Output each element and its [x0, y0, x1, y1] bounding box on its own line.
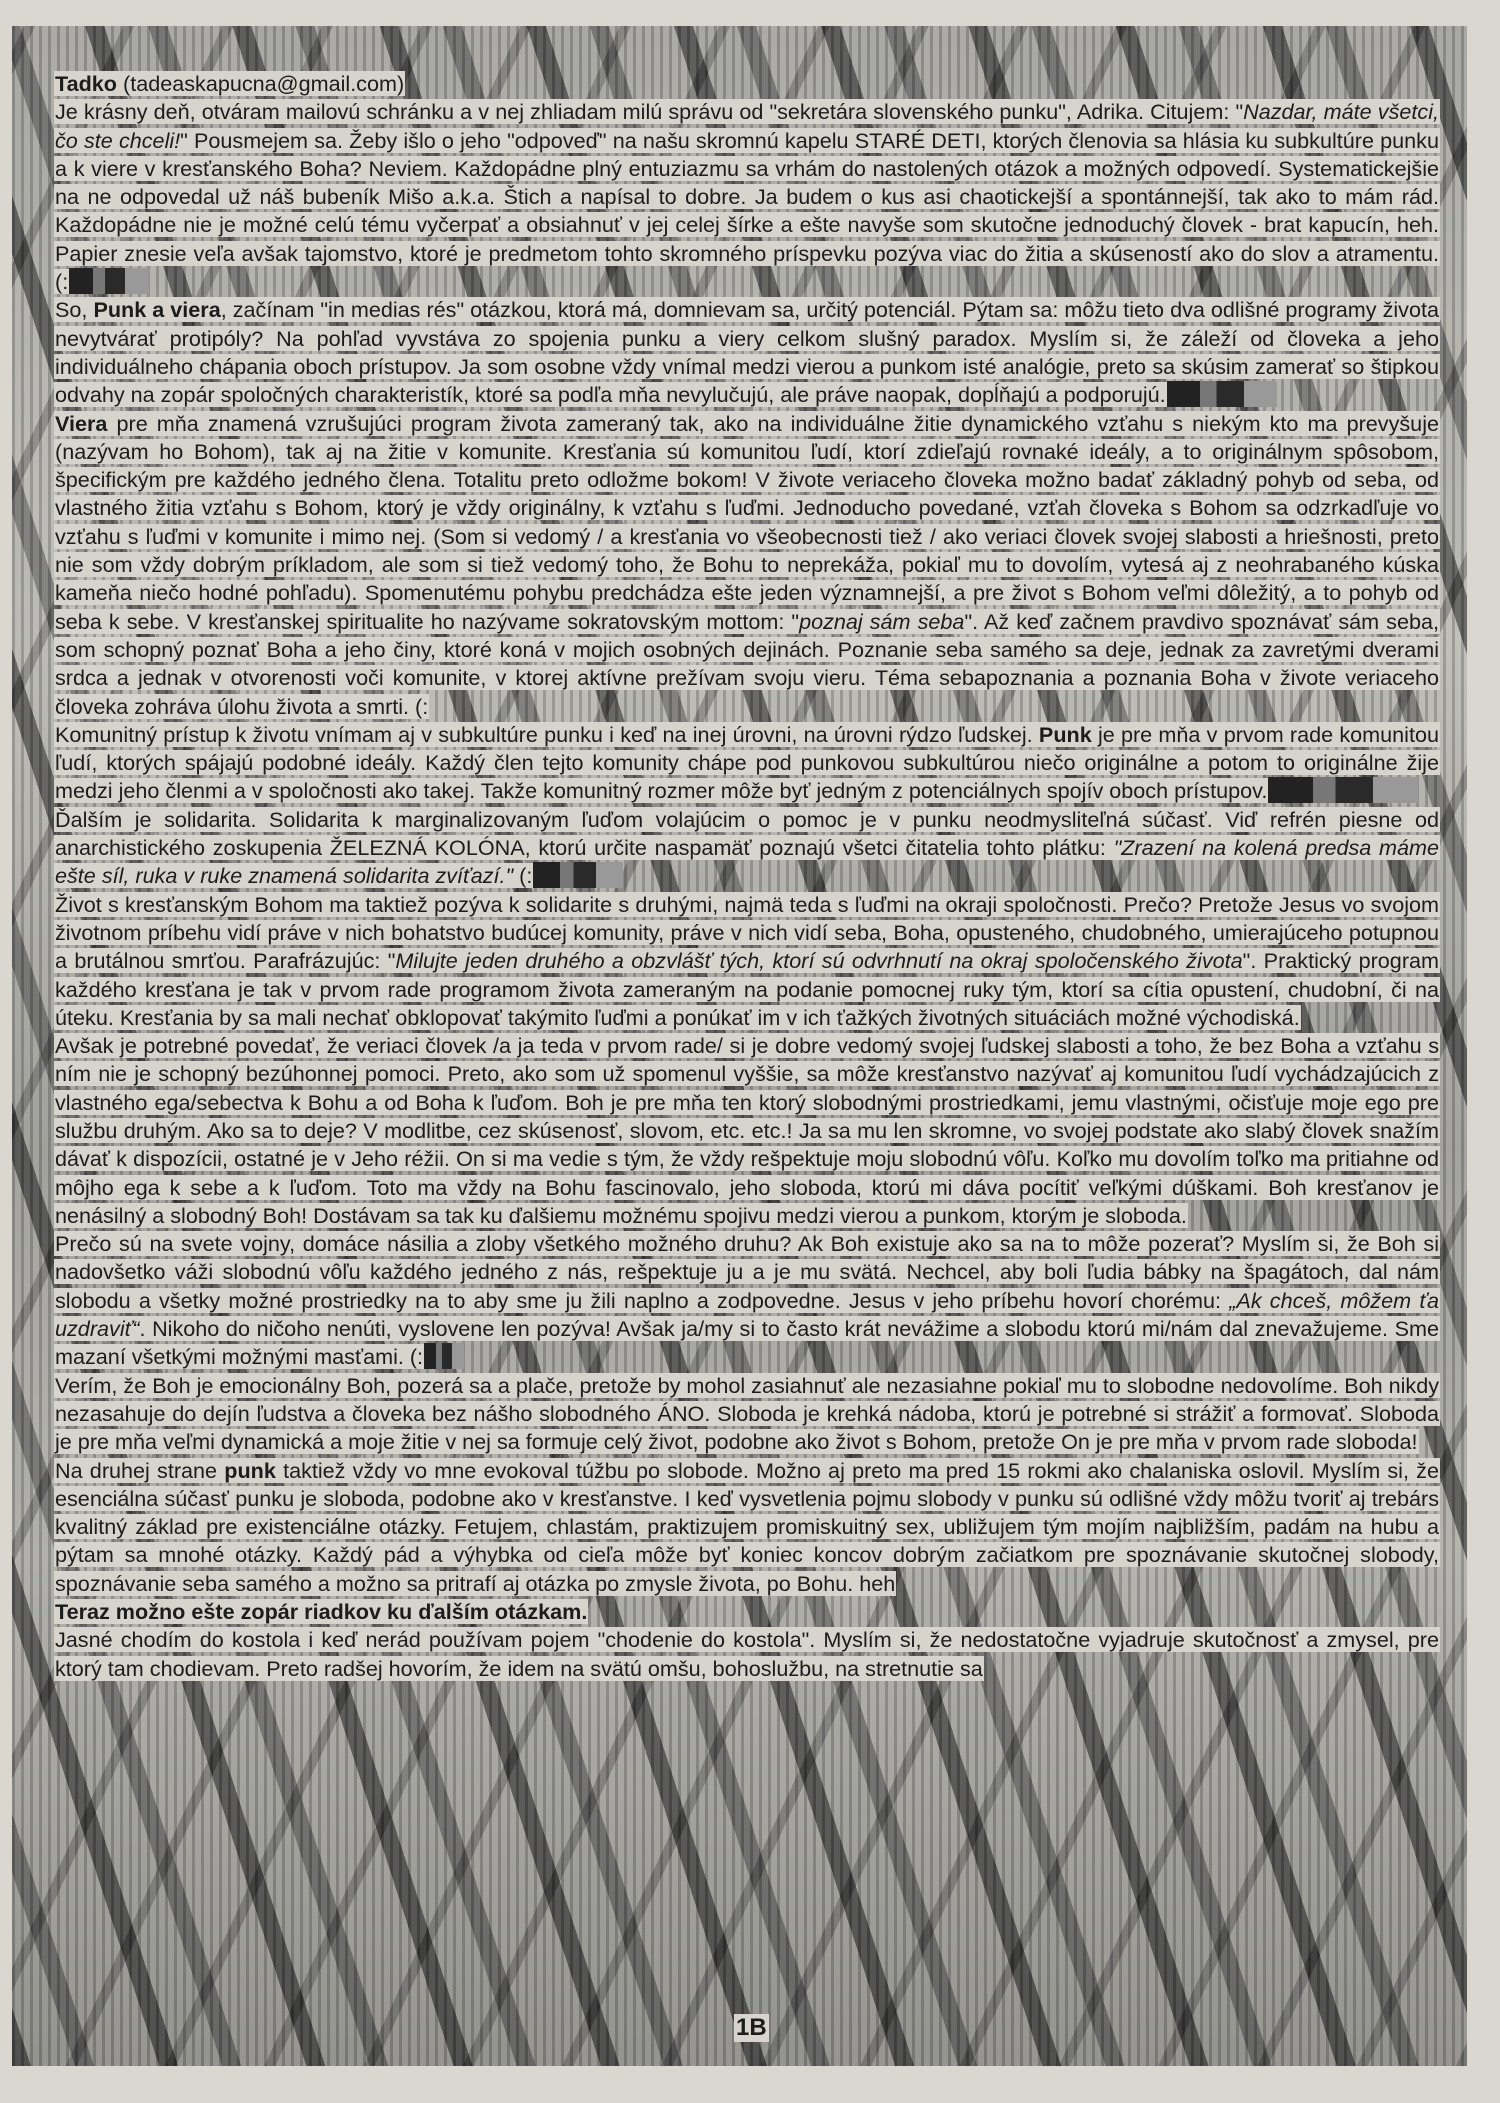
bold-text: Punk a viera: [93, 297, 220, 322]
paragraph: Je krásny deň, otváram mailovú schránku …: [54, 98, 1440, 296]
text-run: Na druhej strane: [55, 1458, 224, 1483]
page-number: 1B: [734, 2014, 769, 2042]
paragraph: Život s kresťanským Bohom ma taktiež poz…: [54, 891, 1440, 1032]
paragraph: Na druhej strane punk taktiež vždy vo mn…: [54, 1457, 1440, 1598]
italic-quote: poznaj sám seba: [799, 609, 964, 634]
author-name: Tadko: [55, 71, 117, 96]
paragraph: Teraz možno ešte zopár riadkov ku ďalším…: [54, 1598, 1440, 1626]
collage-cutout-block: [1167, 381, 1277, 407]
text-run: So,: [55, 297, 93, 322]
collage-cutout-block: [424, 1343, 464, 1369]
paragraphs: Je krásny deň, otváram mailovú schránku …: [54, 98, 1440, 1683]
text-run: . Nikoho do ničoho nenúti, vyslovene len…: [55, 1316, 1439, 1369]
text-run: Komunitný prístup k životu vnímam aj v s…: [55, 722, 1039, 747]
paragraph: Komunitný prístup k životu vnímam aj v s…: [54, 721, 1440, 806]
paragraph: Viera pre mňa znamená vzrušujúci program…: [54, 410, 1440, 721]
author-line: Tadko (tadeaskapucna@gmail.com): [54, 70, 1440, 98]
italic-quote: Milujte jeden druhého a obzvlášť tých, k…: [395, 948, 1242, 973]
bold-text: Viera: [55, 411, 107, 436]
paragraph: Ďalším je solidarita. Solidarita k margi…: [54, 806, 1440, 891]
paragraph: Verím, že Boh je emocionálny Boh, pozerá…: [54, 1372, 1440, 1457]
article-body: Tadko (tadeaskapucna@gmail.com) Je krásn…: [54, 70, 1440, 1683]
text-run: " Pousmejem sa. Žeby išlo o jeho "odpove…: [55, 128, 1439, 294]
paragraph: So, Punk a viera, začínam "in medias rés…: [54, 296, 1440, 409]
bold-text: punk: [224, 1458, 276, 1483]
paragraph: Prečo sú na svete vojny, domáce násilia …: [54, 1230, 1440, 1371]
collage-cutout-block: [1268, 777, 1418, 803]
text-run: pre mňa znamená vzrušujúci program život…: [55, 411, 1439, 634]
text-run: Je krásny deň, otváram mailovú schránku …: [55, 99, 1243, 124]
bold-text: Punk: [1039, 722, 1092, 747]
collage-cutout-block: [533, 862, 623, 888]
paragraph: Jasné chodím do kostola i keď nerád použ…: [54, 1626, 1440, 1683]
bold-text: Teraz možno ešte zopár riadkov ku ďalším…: [55, 1599, 587, 1624]
text-run: Verím, že Boh je emocionálny Boh, pozerá…: [55, 1373, 1439, 1455]
author-email: (tadeaskapucna@gmail.com): [123, 71, 404, 96]
collage-cutout-block: [69, 268, 149, 294]
paragraph: Avšak je potrebné povedať, že veriaci čl…: [54, 1032, 1440, 1230]
text-run: (:: [513, 863, 532, 888]
text-run: Avšak je potrebné povedať, že veriaci čl…: [55, 1033, 1439, 1228]
text-run: Jasné chodím do kostola i keď nerád použ…: [55, 1627, 1439, 1680]
